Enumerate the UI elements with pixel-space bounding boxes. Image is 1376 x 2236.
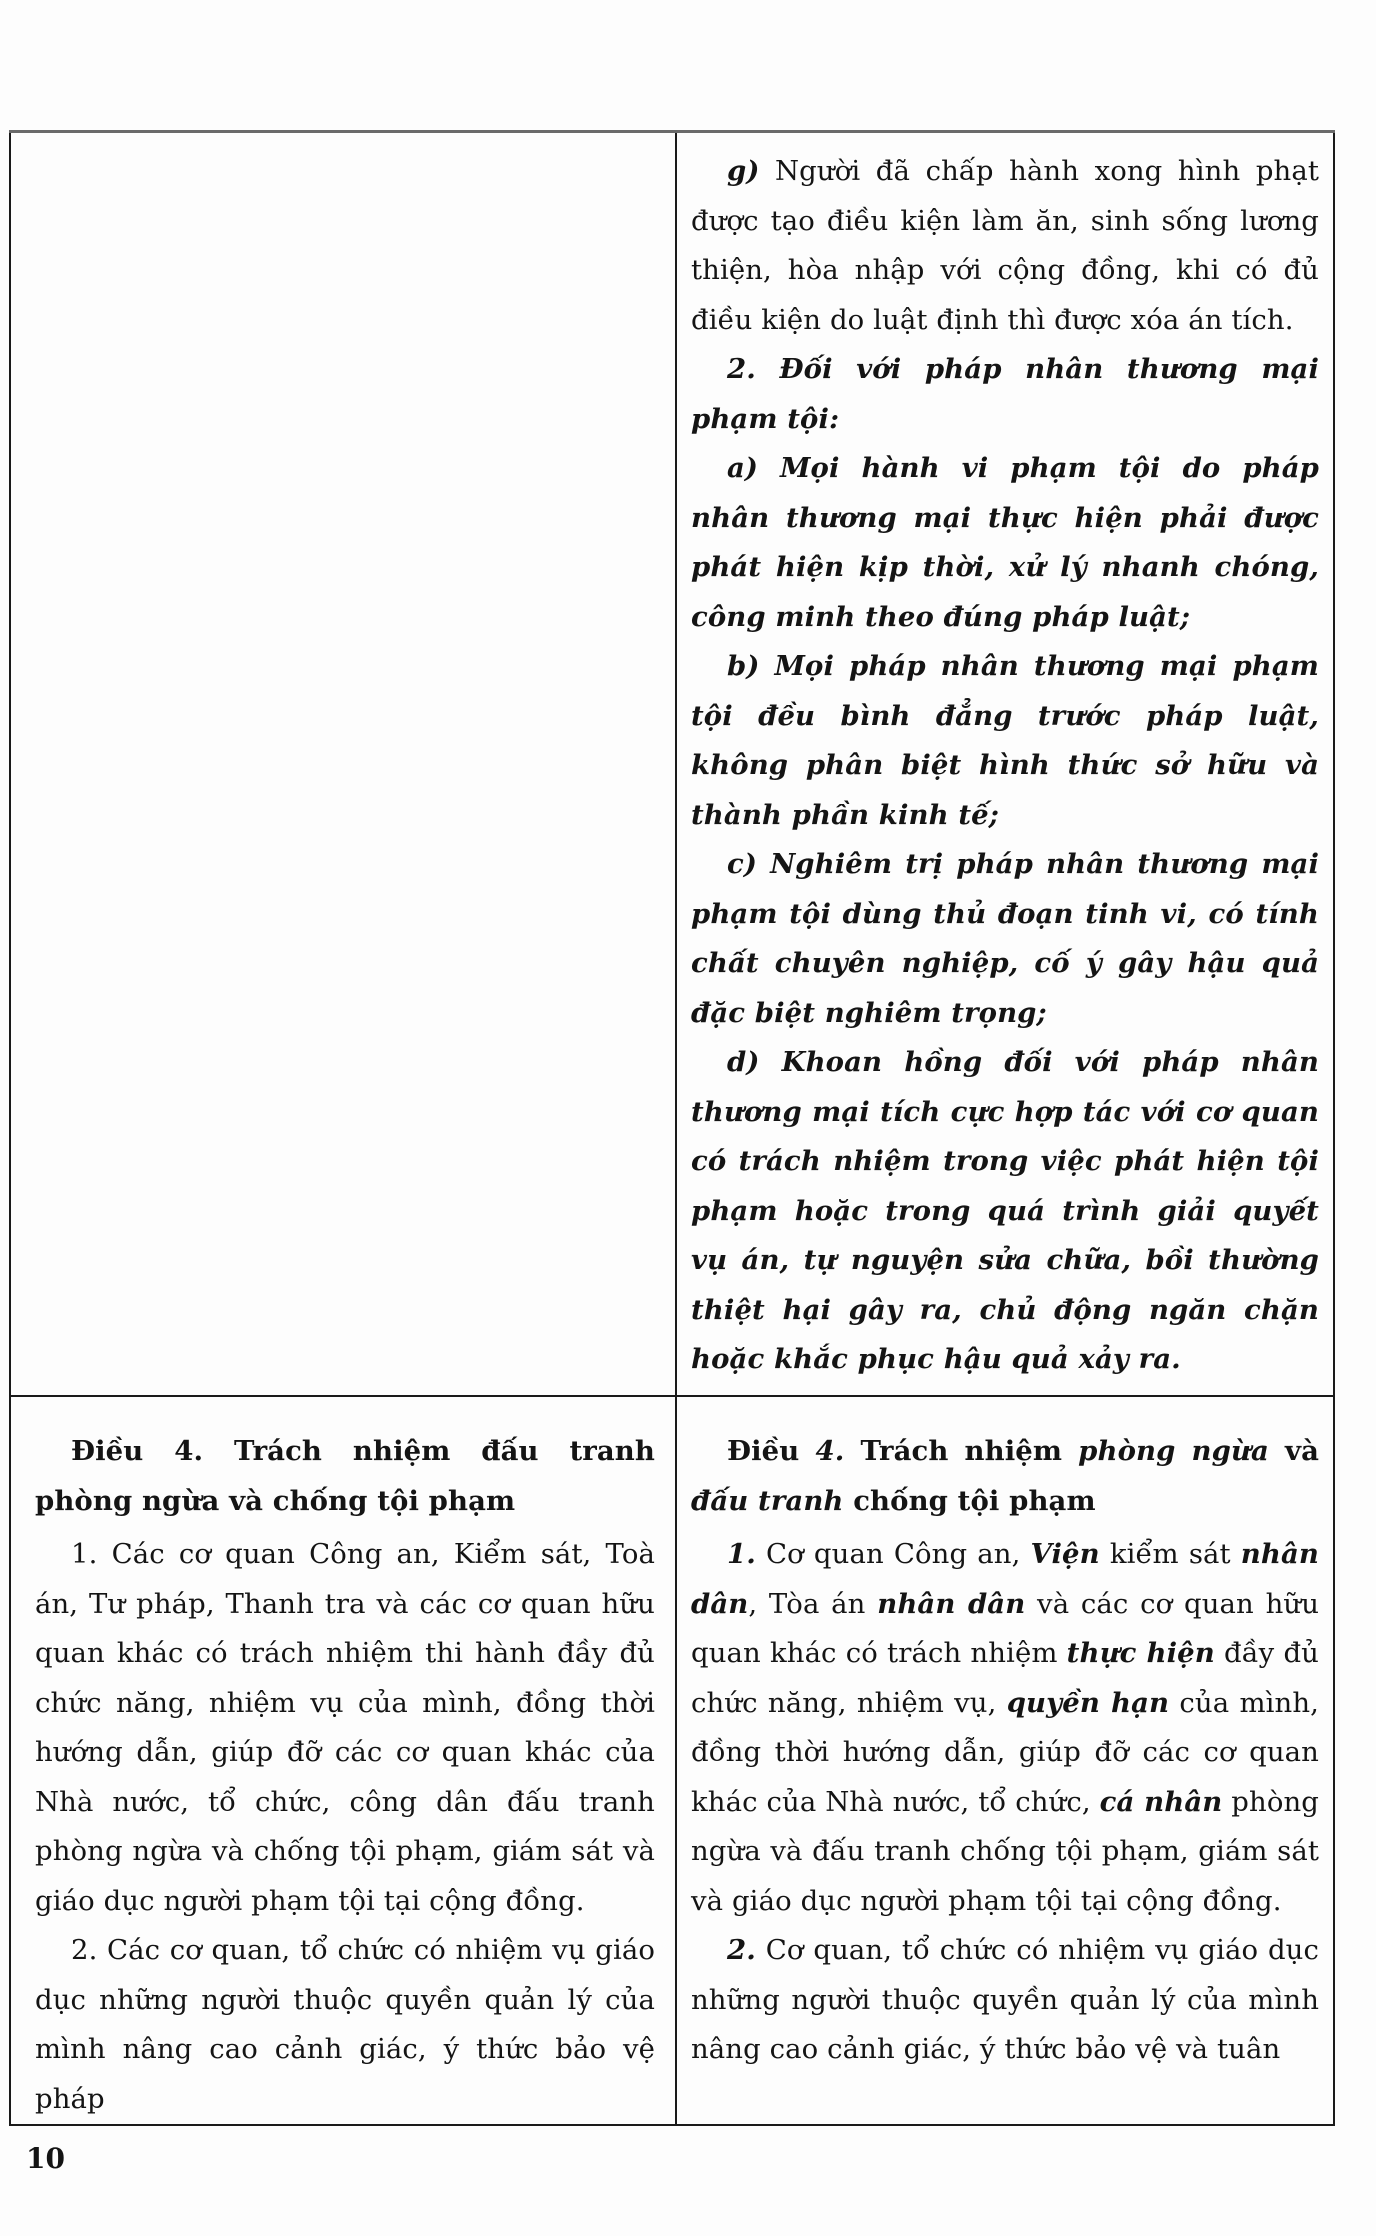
text-run: , Tòa án — [748, 1588, 877, 1620]
text-run: nhân dân — [877, 1588, 1025, 1620]
paragraph-1: 1. Cơ quan Công an, Viện kiểm sát nhân d… — [691, 1530, 1319, 1926]
text-run: 4. — [815, 1435, 844, 1467]
text-run: 1. — [727, 1538, 756, 1570]
document-page: g) Người đã chấp hành xong hình phạt đượ… — [0, 0, 1376, 2236]
article-heading: Điều 4. Trách nhiệm phòng ngừa và đấu tr… — [691, 1427, 1319, 1526]
text-run: và — [1269, 1435, 1319, 1467]
text-run: Viện — [1031, 1538, 1100, 1570]
comparison-table: g) Người đã chấp hành xong hình phạt đượ… — [9, 130, 1335, 2126]
text-run: cá nhân — [1100, 1786, 1223, 1818]
clause-label: g) — [727, 155, 759, 187]
page-number: 10 — [26, 2142, 65, 2175]
text-run: Cơ quan, tổ chức có nhiệm vụ giáo dục nh… — [691, 1934, 1319, 2065]
clause-c: c) Nghiêm trị pháp nhân thương mại phạm … — [691, 840, 1319, 1038]
text-run: chống tội phạm — [844, 1485, 1096, 1517]
paragraph-2: 2. Các cơ quan, tổ chức có nhiệm vụ giáo… — [35, 1926, 655, 2124]
text-run: 2. — [727, 1934, 756, 1966]
text-run: kiểm sát — [1100, 1538, 1241, 1570]
clause-d: d) Khoan hồng đối với pháp nhân thương m… — [691, 1038, 1319, 1385]
text-run: quyền hạn — [1007, 1687, 1169, 1719]
clause-a: a) Mọi hành vi phạm tội do pháp nhân thư… — [691, 444, 1319, 642]
paragraph-2: 2. Cơ quan, tổ chức có nhiệm vụ giáo dục… — [691, 1926, 1319, 2075]
text-run: Cơ quan Công an, — [756, 1538, 1031, 1570]
cell-new-law-continued: g) Người đã chấp hành xong hình phạt đượ… — [676, 132, 1334, 1397]
text-run: Trách nhiệm — [844, 1435, 1078, 1467]
table-row: Điều 4. Trách nhiệm đấu tranh phòng ngừa… — [10, 1396, 1334, 2125]
text-run: đấu tranh — [691, 1485, 844, 1517]
text-run: thực hiện — [1067, 1637, 1215, 1669]
cell-new-law-article-4: Điều 4. Trách nhiệm phòng ngừa và đấu tr… — [676, 1396, 1334, 2125]
article-heading: Điều 4. Trách nhiệm đấu tranh phòng ngừa… — [35, 1427, 655, 1526]
text-run: Điều — [727, 1435, 815, 1467]
clause-g: g) Người đã chấp hành xong hình phạt đượ… — [691, 147, 1319, 345]
text-run: phòng ngừa — [1078, 1435, 1269, 1467]
clause-b: b) Mọi pháp nhân thương mại phạm tội đều… — [691, 642, 1319, 840]
cell-old-law-article-4: Điều 4. Trách nhiệm đấu tranh phòng ngừa… — [10, 1396, 676, 2125]
paragraph-1: 1. Các cơ quan Công an, Kiểm sát, Toà án… — [35, 1530, 655, 1926]
item-2-heading: 2. Đối với pháp nhân thương mại phạm tội… — [691, 345, 1319, 444]
cell-old-law-empty — [10, 132, 676, 1397]
table-row: g) Người đã chấp hành xong hình phạt đượ… — [10, 132, 1334, 1397]
